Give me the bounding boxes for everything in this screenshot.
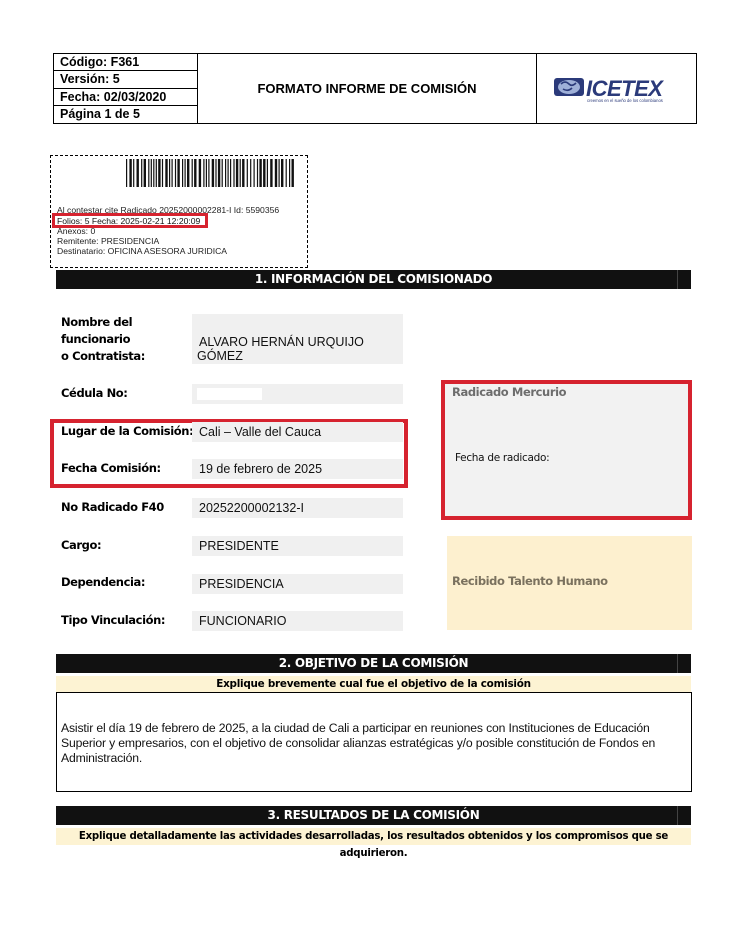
highlight-box-mercurio [441,380,692,520]
document-title: FORMATO INFORME DE COMISIÓN [198,54,537,123]
objetivo-textbox[interactable]: Asistir el día 19 de febrero de 2025, a … [56,692,692,792]
section-1-header: 1. INFORMACIÓN DEL COMISIONADO [56,270,691,289]
field-nombre-line: GÓMEZ [197,349,403,363]
label-lugar: Lugar de la Comisión: [61,423,193,440]
section-2-instruction: Explique brevemente cual fue el objetivo… [56,676,691,693]
field-cedula[interactable] [192,384,403,404]
header-meta: Código: F361 Versión: 5 Fecha: 02/03/202… [54,54,198,123]
section-2-title: 2. OBJETIVO DE LA COMISIÓN [279,656,469,670]
section-3-instruction: Explique detalladamente las actividades … [56,828,691,845]
label-nombre-line: o Contratista: [61,348,145,365]
label-radicado-f40: No Radicado F40 [61,499,164,516]
label-cargo: Cargo: [61,537,101,554]
talento-humano-label: Recibido Talento Humano [452,574,608,588]
field-cargo[interactable]: PRESIDENTE [192,536,403,556]
svg-text:creemos en el sueño de los col: creemos en el sueño de los colombianos [587,98,663,103]
divider [677,806,678,825]
document-header: Código: F361 Versión: 5 Fecha: 02/03/202… [53,53,697,124]
icetex-logo: ICETEX creemos en el sueño de los colomb… [537,54,696,123]
divider [677,270,678,289]
field-tipo-vinculacion[interactable]: FUNCIONARIO [192,611,403,631]
stamp-folios: Folios: 5 Fecha: 2025-02-21 12:20:09 [57,216,200,226]
label-fecha-comision: Fecha Comisión: [61,460,161,477]
stamp-destinatario: Destinatario: OFICINA ASESORA JURIDICA [57,246,227,256]
stamp-highlight-box: Folios: 5 Fecha: 2025-02-21 12:20:09 [52,213,208,228]
divider [677,654,678,673]
field-lugar[interactable]: Cali – Valle del Cauca [192,422,403,442]
label-dependencia: Dependencia: [61,574,145,591]
section-3-header: 3. RESULTADOS DE LA COMISIÓN [56,806,691,825]
label-cedula: Cédula No: [61,385,128,402]
radicado-stamp: Al contestar cite Radicado 2025200000228… [50,155,308,268]
codigo: Código: F361 [54,54,197,71]
recibido-talento-humano-box: Recibido Talento Humano [447,536,692,630]
pagina: Página 1 de 5 [54,106,197,123]
label-nombre-line: Nombre del [61,314,145,331]
field-nombre-line: ALVARO HERNÁN URQUIJO [199,335,403,349]
fecha: Fecha: 02/03/2020 [54,89,197,106]
field-fecha-comision[interactable]: 19 de febrero de 2025 [192,459,403,479]
objetivo-text: Asistir el día 19 de febrero de 2025, a … [61,721,689,766]
field-dependencia[interactable]: PRESIDENCIA [192,574,403,594]
redacted-value [197,388,262,400]
section-1-title: 1. INFORMACIÓN DEL COMISIONADO [255,272,492,286]
label-tipo-vinculacion: Tipo Vinculación: [61,612,165,629]
section-2-header: 2. OBJETIVO DE LA COMISIÓN [56,654,691,673]
stamp-remitente: Remitente: PRESIDENCIA [57,236,159,246]
label-nombre: Nombre del funcionario o Contratista: [61,314,145,365]
section-3-title: 3. RESULTADOS DE LA COMISIÓN [268,808,480,822]
field-radicado-f40[interactable]: 20252200002132-I [192,498,403,518]
version: Versión: 5 [54,71,197,88]
icetex-globe-icon: ICETEX creemos en el sueño de los colomb… [553,74,681,104]
label-nombre-line: funcionario [61,331,145,348]
barcode-icon [126,159,298,187]
field-nombre[interactable]: ALVARO HERNÁN URQUIJO GÓMEZ [192,314,403,364]
